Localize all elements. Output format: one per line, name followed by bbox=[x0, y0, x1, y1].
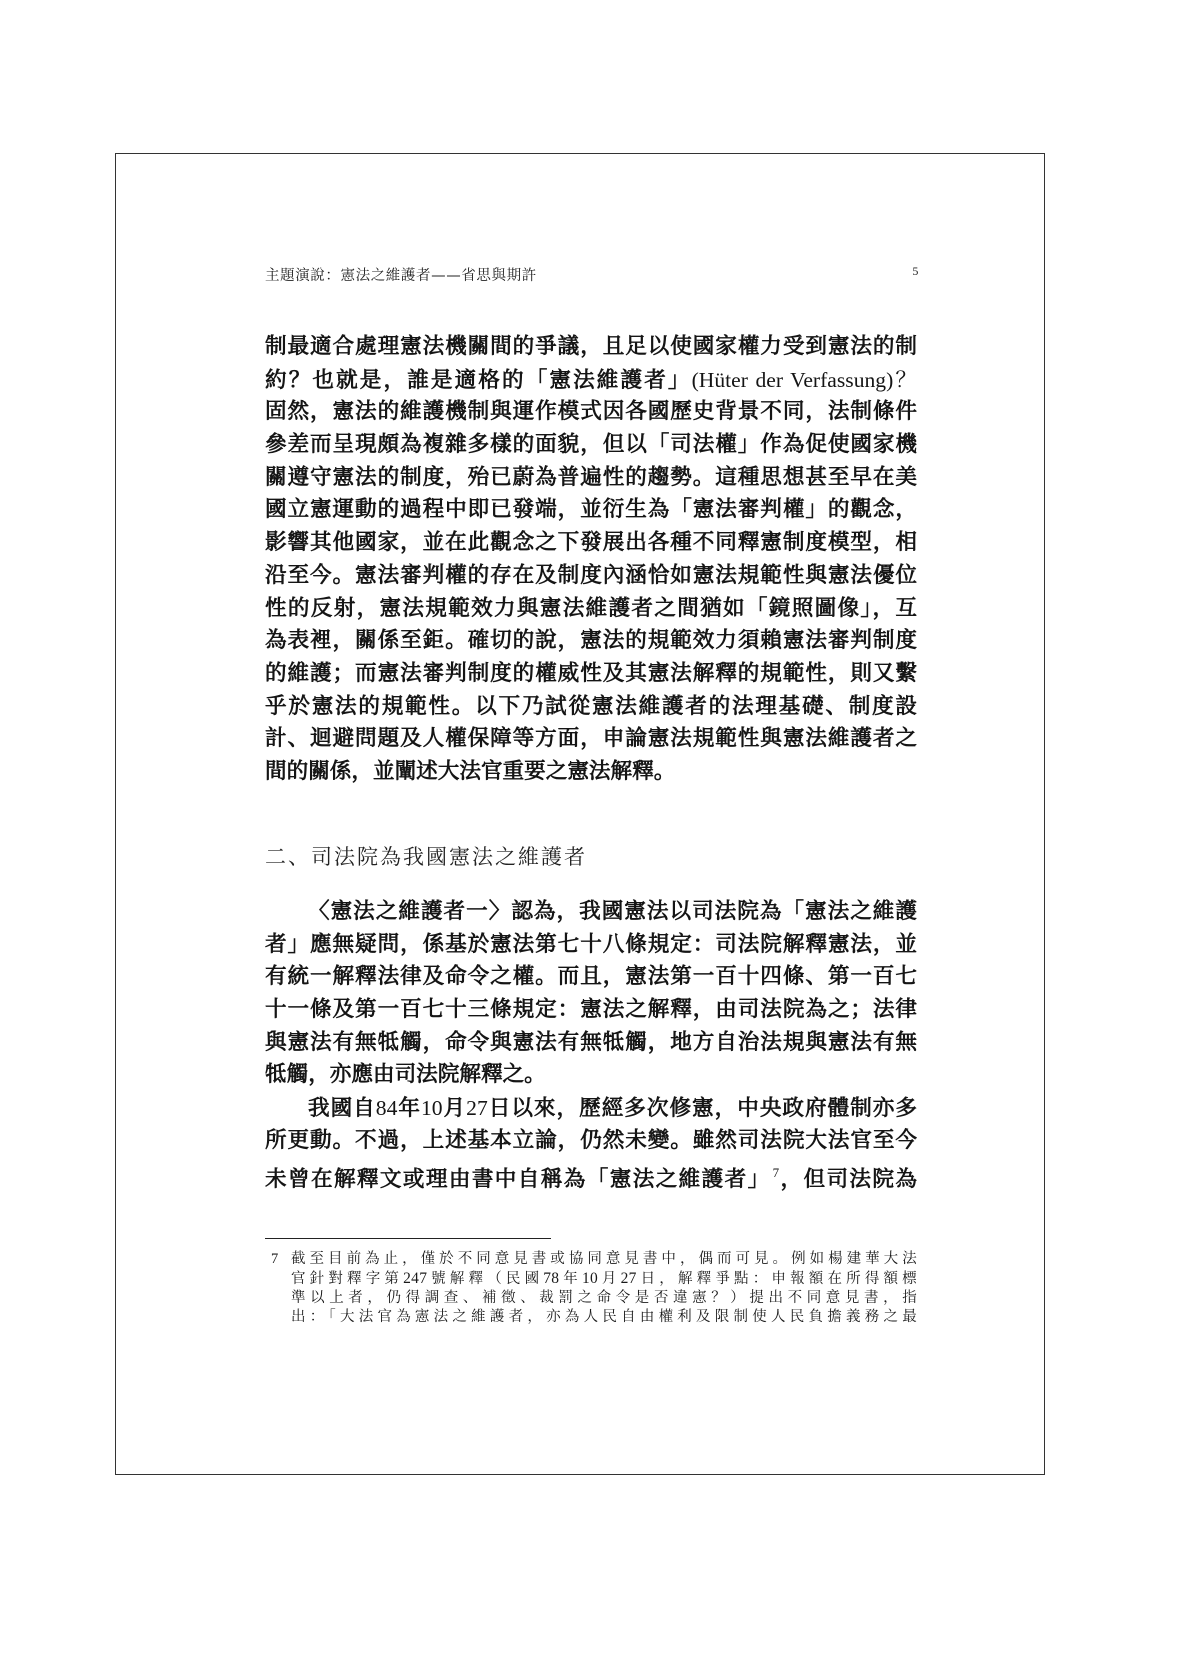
text-line: 性的反射，憲法規範效力與憲法維護者之間猶如「鏡照圖像」，互 bbox=[265, 593, 917, 626]
footnote-7: 7 截至目前為止，僅於不同意見書或協同意見書中，偶而可見。例如楊建華大法 官針對… bbox=[265, 1250, 917, 1327]
latin-term: (Hüter der Verfassung)？ bbox=[692, 368, 917, 392]
paragraph-1: 制最適合處理憲法機關間的爭議，且足以使國家權力受到憲法的制 約？也就是，誰是適格… bbox=[265, 331, 917, 789]
text-line: 為表裡，關係至鉅。確切的說，憲法的規範效力須賴憲法審判制度 bbox=[265, 625, 917, 658]
text-line: 關遵守憲法的制度，殆已蔚為普遍性的趨勢。這種思想甚至早在美 bbox=[265, 462, 917, 495]
text-line: 與憲法有無牴觸，命令與憲法有無牴觸，地方自治法規與憲法有無 bbox=[265, 1027, 917, 1060]
running-header: 主題演說：憲法之維護者——省思與期許 5 bbox=[265, 264, 925, 284]
text-line: 制最適合處理憲法機關間的爭議，且足以使國家權力受到憲法的制 bbox=[265, 331, 917, 364]
text-line: 有統一解釋法律及命令之權。而且，憲法第一百十四條、第一百七 bbox=[265, 961, 917, 994]
text-line: 國立憲運動的過程中即已發端，並衍生為「憲法審判權」的觀念， bbox=[265, 494, 917, 527]
footnote-number: 7 bbox=[271, 1250, 278, 1269]
footnote-line: 準以上者，仍得調查、補徵、裁罰之命令是否違憲？）提出不同意見書，指 bbox=[291, 1289, 917, 1308]
text-line: 十一條及第一百七十三條規定：憲法之解釋，由司法院為之；法律 bbox=[265, 994, 917, 1027]
text-line: 約？也就是，誰是適格的「憲法維護者」(Hüter der Verfassung)… bbox=[265, 364, 917, 397]
text-line: 影響其他國家，並在此觀念之下發展出各種不同釋憲制度模型，相 bbox=[265, 527, 917, 560]
footnote-separator bbox=[265, 1238, 551, 1239]
footnote-line: 截至目前為止，僅於不同意見書或協同意見書中，偶而可見。例如楊建華大法 bbox=[291, 1250, 917, 1269]
running-title: 主題演說：憲法之維護者——省思與期許 bbox=[265, 264, 537, 285]
text-line: 固然，憲法的維護機制與運作模式因各國歷史背景不同，法制條件 bbox=[265, 396, 917, 429]
footnote-line: 官針對釋字第247號解釋（民國78年10月27日，解釋爭點：申報額在所得額標 bbox=[291, 1269, 917, 1289]
text-line: 〈憲法之維護者一〉認為，我國憲法以司法院為「憲法之維護 bbox=[265, 896, 917, 929]
text-line: 者」應無疑問，係基於憲法第七十八條規定：司法院解釋憲法，並 bbox=[265, 929, 917, 962]
text-line: 計、迴避問題及人權保障等方面，申論憲法規範性與憲法維護者之 bbox=[265, 723, 917, 756]
text-line: 間的關係，並闡述大法官重要之憲法解釋。 bbox=[265, 756, 917, 789]
footnote-line: 出：「大法官為憲法之維護者，亦為人民自由權利及限制使人民負擔義務之最 bbox=[291, 1308, 917, 1327]
text-line: 牴觸，亦應由司法院解釋之。 bbox=[265, 1059, 917, 1092]
text-line: 參差而呈現頗為複雜多樣的面貌，但以「司法權」作為促使國家機 bbox=[265, 429, 917, 462]
section-heading: 二、司法院為我國憲法之維護者 bbox=[265, 841, 587, 871]
footnotes: 7 截至目前為止，僅於不同意見書或協同意見書中，偶而可見。例如楊建華大法 官針對… bbox=[265, 1250, 917, 1327]
text-line: 的維護；而憲法審判制度的權威性及其憲法解釋的規範性，則又繫 bbox=[265, 658, 917, 691]
text-line: 沿至今。憲法審判權的存在及制度內涵恰如憲法規範性與憲法優位 bbox=[265, 560, 917, 593]
text-line: 乎於憲法的規範性。以下乃試從憲法維護者的法理基礎、制度設 bbox=[265, 691, 917, 724]
paragraph-2: 〈憲法之維護者一〉認為，我國憲法以司法院為「憲法之維護 者」應無疑問，係基於憲法… bbox=[265, 896, 917, 1092]
text-line: 所更動。不過，上述基本立論，仍然未變。雖然司法院大法官至今 bbox=[265, 1125, 917, 1158]
paragraph-3: 我國自84年10月27日以來，歷經多次修憲，中央政府體制亦多 所更動。不過，上述… bbox=[265, 1092, 917, 1190]
page-number: 5 bbox=[912, 264, 919, 279]
text-line: 我國自84年10月27日以來，歷經多次修憲，中央政府體制亦多 bbox=[265, 1092, 917, 1125]
text-line: 未曾在解釋文或理由書中自稱為「憲法之維護者」7，但司法院為 bbox=[265, 1157, 917, 1190]
